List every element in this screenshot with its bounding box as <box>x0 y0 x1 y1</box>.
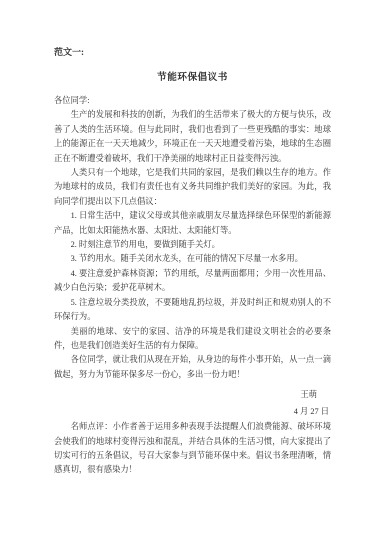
teacher-review: 名师点评：小作者善于运用多种表现手法提醒人们浪费能源、破坏环境会使我们的地球村变… <box>54 420 331 478</box>
intro-paragraph: 人类只有一个地球，它是我们共同的家园，是我们赖以生存的地方。作为地球村的成员，我… <box>54 166 331 209</box>
proposal-item: 2. 时刻注意节约用电，要做到随手关灯。 <box>54 238 331 252</box>
proposal-item: 1. 日常生活中，建议父母或其他亲戚朋友尽量选择绿色环保型的新能源产品，比如太阳… <box>54 209 331 238</box>
proposal-item: 5. 注意垃圾分类投放，不要随地乱扔垃圾，并及时纠正和规劝别人的不环保行为。 <box>54 296 331 325</box>
signature-date: 4 月 27 日 <box>54 403 331 420</box>
document-title: 节能环保倡议书 <box>54 72 331 84</box>
closing-paragraph: 美丽的地球、安宁的家园、洁净的环境是我们建设文明社会的必要条件，也是我们创造美好… <box>54 325 331 354</box>
document-page: 范文一: 节能环保倡议书 各位同学: 生产的发展和科技的创新，为我们的生活带来了… <box>0 0 382 540</box>
proposal-item: 3. 节约用水。随手关闭水龙头，在可能的情况下尽量一水多用。 <box>54 252 331 266</box>
salutation: 各位同学: <box>54 94 331 108</box>
signature-name: 王萌 <box>54 386 331 403</box>
sample-essay-label: 范文一: <box>54 46 331 58</box>
closing-paragraph: 各位同学，就让我们从现在开始，从身边的每件小事开始，从一点一滴做起，努力为节能环… <box>54 353 331 382</box>
proposal-item: 4. 要注意爱护森林资源；节约用纸，尽量两面都用；少用一次性用品、减少白色污染；… <box>54 267 331 296</box>
intro-paragraph: 生产的发展和科技的创新，为我们的生活带来了极大的方便与快乐，改善了人类的生活环境… <box>54 108 331 166</box>
signature-block: 王萌 4 月 27 日 <box>54 386 331 420</box>
